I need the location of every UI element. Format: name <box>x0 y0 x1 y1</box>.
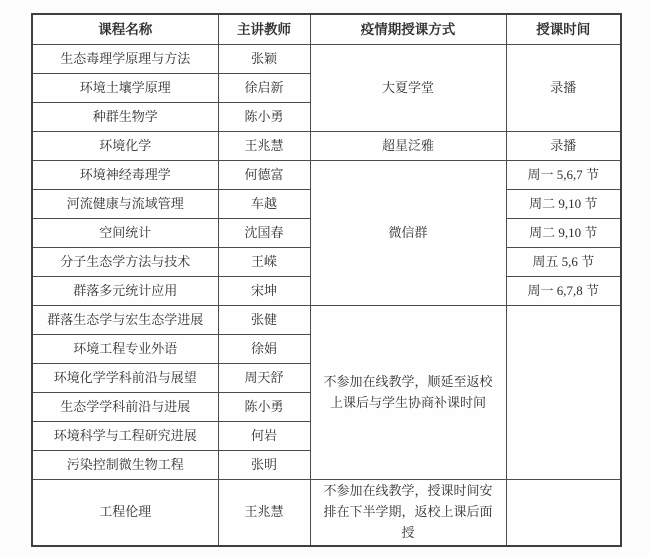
teacher-cell: 何德富 <box>218 161 310 190</box>
teacher-cell: 陈小勇 <box>218 393 310 422</box>
header-time: 授课时间 <box>506 14 621 45</box>
course-cell: 环境神经毒理学 <box>32 161 218 190</box>
teacher-cell: 徐娟 <box>218 335 310 364</box>
header-teacher: 主讲教师 <box>218 14 310 45</box>
teacher-cell: 周天舒 <box>218 364 310 393</box>
method-cell-chaoxing: 超星泛雅 <box>310 132 506 161</box>
course-cell: 工程伦理 <box>32 480 218 546</box>
teacher-cell: 王兆慧 <box>218 480 310 546</box>
course-schedule-table: 课程名称 主讲教师 疫情期授课方式 授课时间 生态毒理学原理与方法 张颖 大夏学… <box>31 13 622 547</box>
teacher-cell: 沈国春 <box>218 219 310 248</box>
document-page: 课程名称 主讲教师 疫情期授课方式 授课时间 生态毒理学原理与方法 张颖 大夏学… <box>0 0 650 558</box>
table-row: 群落生态学与宏生态学进展 张健 不参加在线教学，顺延至返校 上课后与学生协商补课… <box>32 306 621 335</box>
course-cell: 空间统计 <box>32 219 218 248</box>
time-cell-recorded: 录播 <box>506 45 621 132</box>
course-cell: 环境土壤学原理 <box>32 74 218 103</box>
table-row: 生态毒理学原理与方法 张颖 大夏学堂 录播 <box>32 45 621 74</box>
course-cell: 环境化学学科前沿与展望 <box>32 364 218 393</box>
course-cell: 生态学学科前沿与进展 <box>32 393 218 422</box>
course-cell: 环境化学 <box>32 132 218 161</box>
time-cell: 周二 9,10 节 <box>506 219 621 248</box>
teacher-cell: 王嵘 <box>218 248 310 277</box>
teacher-cell: 何岩 <box>218 422 310 451</box>
header-course: 课程名称 <box>32 14 218 45</box>
time-cell: 周二 9,10 节 <box>506 190 621 219</box>
method-cell-offline-postpone: 不参加在线教学，顺延至返校 上课后与学生协商补课时间 <box>310 306 506 480</box>
teacher-cell: 张颖 <box>218 45 310 74</box>
course-cell: 环境工程专业外语 <box>32 335 218 364</box>
time-cell: 周一 5,6,7 节 <box>506 161 621 190</box>
table-row: 环境化学 王兆慧 超星泛雅 录播 <box>32 132 621 161</box>
course-cell: 分子生态学方法与技术 <box>32 248 218 277</box>
course-cell: 生态毒理学原理与方法 <box>32 45 218 74</box>
course-cell: 种群生物学 <box>32 103 218 132</box>
teacher-cell: 张明 <box>218 451 310 480</box>
course-cell: 群落生态学与宏生态学进展 <box>32 306 218 335</box>
course-cell: 群落多元统计应用 <box>32 277 218 306</box>
time-cell: 周五 5,6 节 <box>506 248 621 277</box>
time-cell-empty <box>506 306 621 480</box>
table-row: 环境神经毒理学 何德富 微信群 周一 5,6,7 节 <box>32 161 621 190</box>
table-row: 工程伦理 王兆慧 不参加在线教学，授课时间安 排在下半学期，返校上课后面 授 <box>32 480 621 546</box>
time-cell-empty <box>506 480 621 546</box>
time-cell-recorded: 录播 <box>506 132 621 161</box>
teacher-cell: 陈小勇 <box>218 103 310 132</box>
course-cell: 污染控制微生物工程 <box>32 451 218 480</box>
teacher-cell: 宋坤 <box>218 277 310 306</box>
teacher-cell: 张健 <box>218 306 310 335</box>
teacher-cell: 车越 <box>218 190 310 219</box>
teacher-cell: 王兆慧 <box>218 132 310 161</box>
teacher-cell: 徐启新 <box>218 74 310 103</box>
header-row: 课程名称 主讲教师 疫情期授课方式 授课时间 <box>32 14 621 45</box>
method-cell-offline-second-half: 不参加在线教学，授课时间安 排在下半学期，返校上课后面 授 <box>310 480 506 546</box>
method-cell-daxia: 大夏学堂 <box>310 45 506 132</box>
course-cell: 河流健康与流域管理 <box>32 190 218 219</box>
header-method: 疫情期授课方式 <box>310 14 506 45</box>
course-cell: 环境科学与工程研究进展 <box>32 422 218 451</box>
time-cell: 周一 6,7,8 节 <box>506 277 621 306</box>
method-cell-wechat: 微信群 <box>310 161 506 306</box>
